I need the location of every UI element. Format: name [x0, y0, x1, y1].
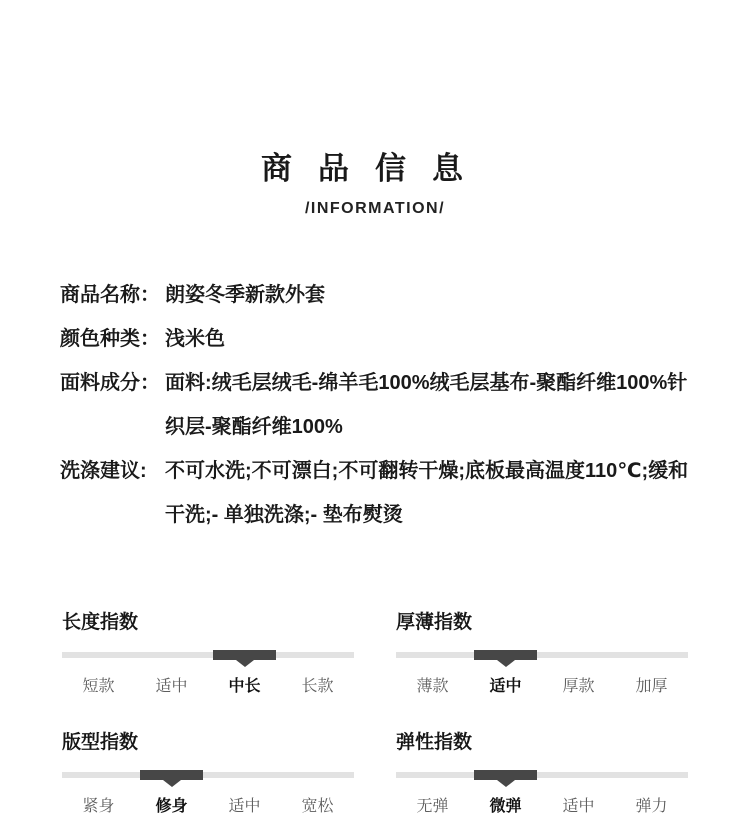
product-attributes: 商品名称： 朗姿冬季新款外套 颜色种类： 浅米色 面料成分： 面料:绒毛层绒毛-…	[60, 273, 690, 537]
gauge-thickness: 厚薄指数 薄款 适中 厚款 加厚	[396, 613, 688, 697]
gauge-option-labels: 无弹 微弹 适中 弹力	[396, 797, 688, 817]
gauge-length: 长度指数 短款 适中 中长 长款	[62, 613, 354, 697]
attribute-value: 不可水洗;不可漂白;不可翻转干燥;底板最高温度110℃;缓和干洗;- 单独洗涤;…	[165, 449, 690, 537]
gauge-slider	[62, 770, 354, 787]
gauge-option: 无弹	[396, 797, 469, 817]
gauge-slider	[396, 650, 688, 667]
page-header: 商品信息 /INFORMATION/	[0, 0, 750, 217]
attribute-row-fabric: 面料成分： 面料:绒毛层绒毛-绵羊毛100%绒毛层基布-聚酯纤维100%针织层-…	[60, 361, 690, 449]
attribute-value: 朗姿冬季新款外套	[165, 273, 690, 317]
gauge-option: 适中	[135, 677, 208, 697]
gauge-option: 厚款	[542, 677, 615, 697]
gauge-track	[396, 772, 688, 778]
attribute-label: 洗涤建议:	[60, 449, 165, 537]
gauge-option: 适中	[542, 797, 615, 817]
gauge-track	[62, 772, 354, 778]
gauge-option-labels: 紧身 修身 适中 宽松	[62, 797, 354, 817]
gauge-option: 适中	[469, 677, 542, 697]
attribute-value: 浅米色	[165, 317, 690, 361]
gauge-elasticity: 弹性指数 无弹 微弹 适中 弹力	[396, 733, 688, 817]
page-subtitle: /INFORMATION/	[0, 201, 750, 217]
attribute-row-color: 颜色种类： 浅米色	[60, 317, 690, 361]
gauge-slider	[62, 650, 354, 667]
gauge-bar	[140, 770, 203, 780]
attribute-row-product-name: 商品名称： 朗姿冬季新款外套	[60, 273, 690, 317]
gauge-option: 中长	[208, 677, 281, 697]
product-info-page: 商品信息 /INFORMATION/ 商品名称： 朗姿冬季新款外套 颜色种类： …	[0, 0, 750, 836]
gauge-option: 微弹	[469, 797, 542, 817]
gauge-track	[62, 652, 354, 658]
gauge-title: 厚薄指数	[396, 613, 688, 633]
gauge-bar	[213, 650, 276, 660]
page-title: 商品信息	[0, 153, 750, 185]
gauge-option-labels: 短款 适中 中长 长款	[62, 677, 354, 697]
gauge-option: 宽松	[281, 797, 354, 817]
gauge-option: 适中	[208, 797, 281, 817]
gauge-option: 加厚	[615, 677, 688, 697]
index-gauges: 长度指数 短款 适中 中长 长款 厚薄指数 薄款 适中 厚款 加厚	[62, 613, 688, 817]
gauge-option: 薄款	[396, 677, 469, 697]
attribute-label: 面料成分：	[60, 361, 165, 449]
gauge-bar	[474, 770, 537, 780]
gauge-fit: 版型指数 紧身 修身 适中 宽松	[62, 733, 354, 817]
gauge-track	[396, 652, 688, 658]
gauge-option: 修身	[135, 797, 208, 817]
attribute-row-washing: 洗涤建议: 不可水洗;不可漂白;不可翻转干燥;底板最高温度110℃;缓和干洗;-…	[60, 449, 690, 537]
gauge-option-labels: 薄款 适中 厚款 加厚	[396, 677, 688, 697]
gauge-option: 短款	[62, 677, 135, 697]
attribute-value: 面料:绒毛层绒毛-绵羊毛100%绒毛层基布-聚酯纤维100%针织层-聚酯纤维10…	[165, 361, 690, 449]
gauge-title: 版型指数	[62, 733, 354, 753]
gauge-bar	[474, 650, 537, 660]
gauge-option: 紧身	[62, 797, 135, 817]
gauge-option: 长款	[281, 677, 354, 697]
gauge-option: 弹力	[615, 797, 688, 817]
gauge-slider	[396, 770, 688, 787]
attribute-label: 商品名称：	[60, 273, 165, 317]
attribute-label: 颜色种类：	[60, 317, 165, 361]
gauge-title: 长度指数	[62, 613, 354, 633]
gauge-title: 弹性指数	[396, 733, 688, 753]
